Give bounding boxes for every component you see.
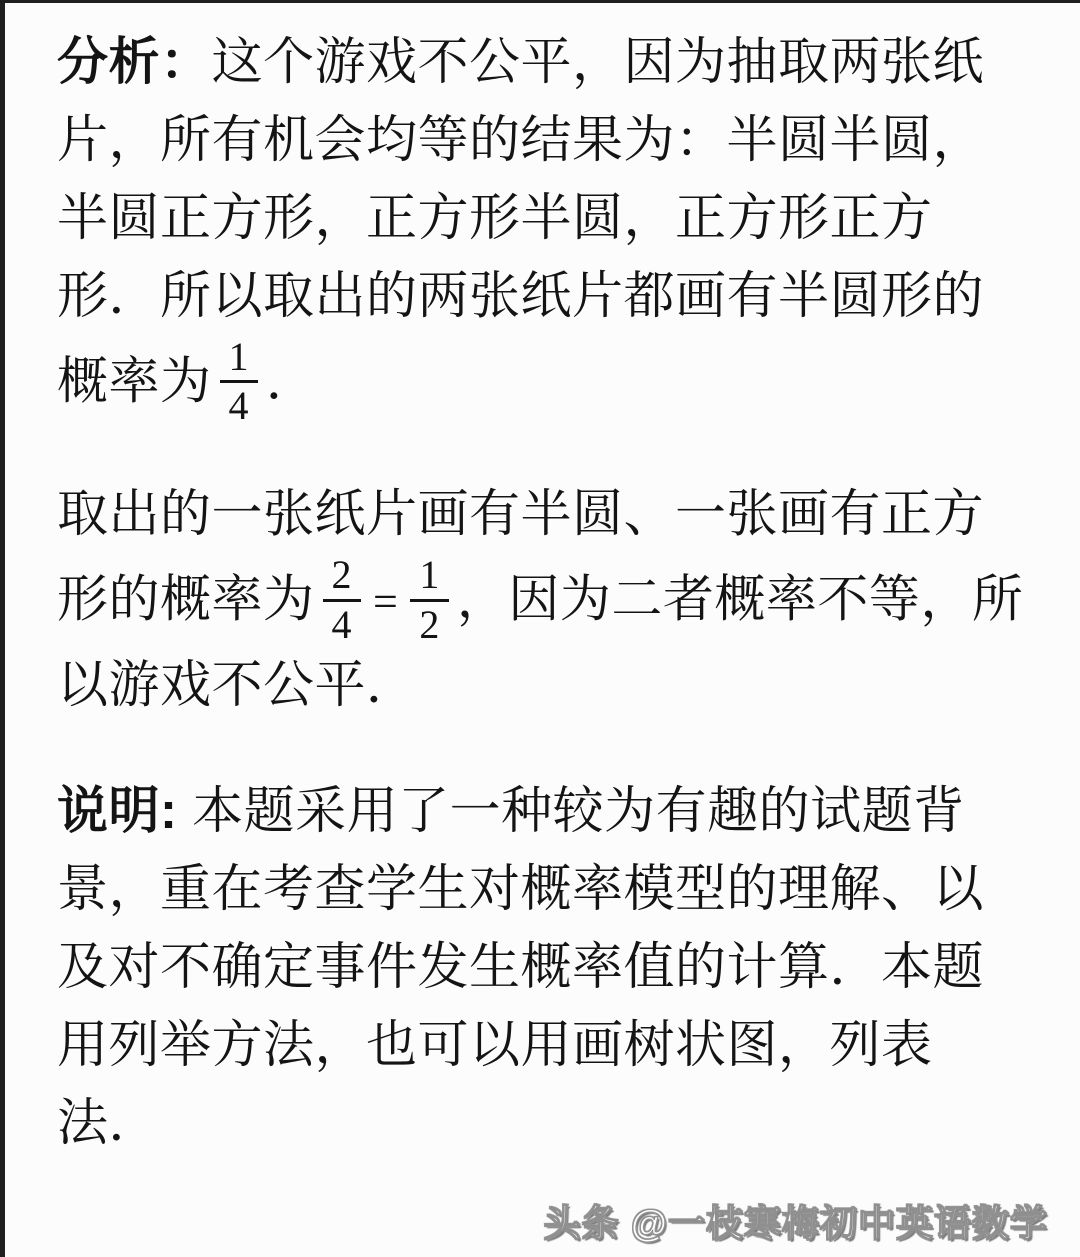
text-line: 景，重在考查学生对概率模型的理解、以 [57, 850, 1052, 928]
fraction-numerator: 2 [323, 553, 362, 598]
fraction-numerator: 1 [410, 553, 449, 598]
paragraph-probability-comparison: 取出的一张纸片画有半圆、一张画有正方形的概率为24=12，因为二者概率不等，所以… [57, 475, 1052, 723]
text-run: 以游戏不公平． [57, 656, 418, 713]
equals-sign: = [373, 563, 398, 641]
text-run: 景，重在考查学生对概率模型的理解、以 [57, 860, 984, 917]
text-line: 取出的一张纸片画有半圆、一张画有正方 [57, 475, 1052, 553]
text-run: 概率为 [57, 352, 212, 409]
text-run: 本题采用了一种较为有趣的试题背 [177, 782, 964, 839]
document-page: 分析：这个游戏不公平，因为抽取两张纸片，所有机会均等的结果为：半圆半圆，半圆正方… [0, 0, 1080, 1257]
text-line: 及对不确定事件发生概率值的计算．本题 [57, 928, 1052, 1006]
text-run: 及对不确定事件发生概率值的计算．本题 [57, 938, 984, 995]
text-run: 片，所有机会均等的结果为：半圆半圆， [57, 111, 984, 168]
text-run: 这个游戏不公平，因为抽取两张纸 [212, 33, 985, 90]
fraction-denominator: 2 [410, 599, 449, 646]
fraction: 24 [323, 553, 362, 645]
text-line: 以游戏不公平． [57, 646, 1052, 724]
text-line: 片，所有机会均等的结果为：半圆半圆， [57, 101, 1052, 179]
text-line: 形．所以取出的两张纸片都画有半圆形的 [57, 257, 1052, 335]
paragraph-note: 说明: 本题采用了一种较为有趣的试题背景，重在考查学生对概率模型的理解、以及对不… [57, 772, 1052, 1162]
fraction: 14 [220, 335, 259, 427]
fraction-denominator: 4 [220, 380, 259, 427]
text-run: 半圆正方形，正方形半圆，正方形正方 [57, 189, 933, 246]
text-line: 形的概率为24=12，因为二者概率不等，所 [57, 553, 1052, 645]
text-line: 半圆正方形，正方形半圆，正方形正方 [57, 179, 1052, 257]
text-line: 概率为14． [57, 335, 1052, 427]
document-body: 分析：这个游戏不公平，因为抽取两张纸片，所有机会均等的结果为：半圆半圆，半圆正方… [5, 3, 1080, 1162]
text-run: 取出的一张纸片画有半圆、一张画有正方 [57, 485, 984, 542]
fraction: 12 [410, 553, 449, 645]
paragraph-analysis: 分析：这个游戏不公平，因为抽取两张纸片，所有机会均等的结果为：半圆半圆，半圆正方… [57, 23, 1052, 427]
text-run: 用列举方法，也可以用画树状图，列表 [57, 1016, 933, 1073]
fraction-denominator: 4 [323, 599, 362, 646]
text-run: 形的概率为 [57, 571, 315, 628]
text-run: 形．所以取出的两张纸片都画有半圆形的 [57, 267, 984, 324]
bold-label: 分析： [57, 33, 212, 90]
text-line: 法． [57, 1084, 1052, 1162]
text-line: 用列举方法，也可以用画树状图，列表 [57, 1006, 1052, 1084]
watermark-credit: 头条 @一枝寒梅初中英语数学 [544, 1193, 1048, 1247]
text-line: 分析：这个游戏不公平，因为抽取两张纸 [57, 23, 1052, 101]
text-run: 法． [57, 1094, 160, 1151]
fraction-numerator: 1 [220, 335, 259, 380]
bold-label: 说明: [57, 782, 177, 839]
text-run: ． [266, 352, 318, 409]
text-line: 说明: 本题采用了一种较为有趣的试题背 [57, 772, 1052, 850]
text-run: ，因为二者概率不等，所 [457, 571, 1024, 628]
